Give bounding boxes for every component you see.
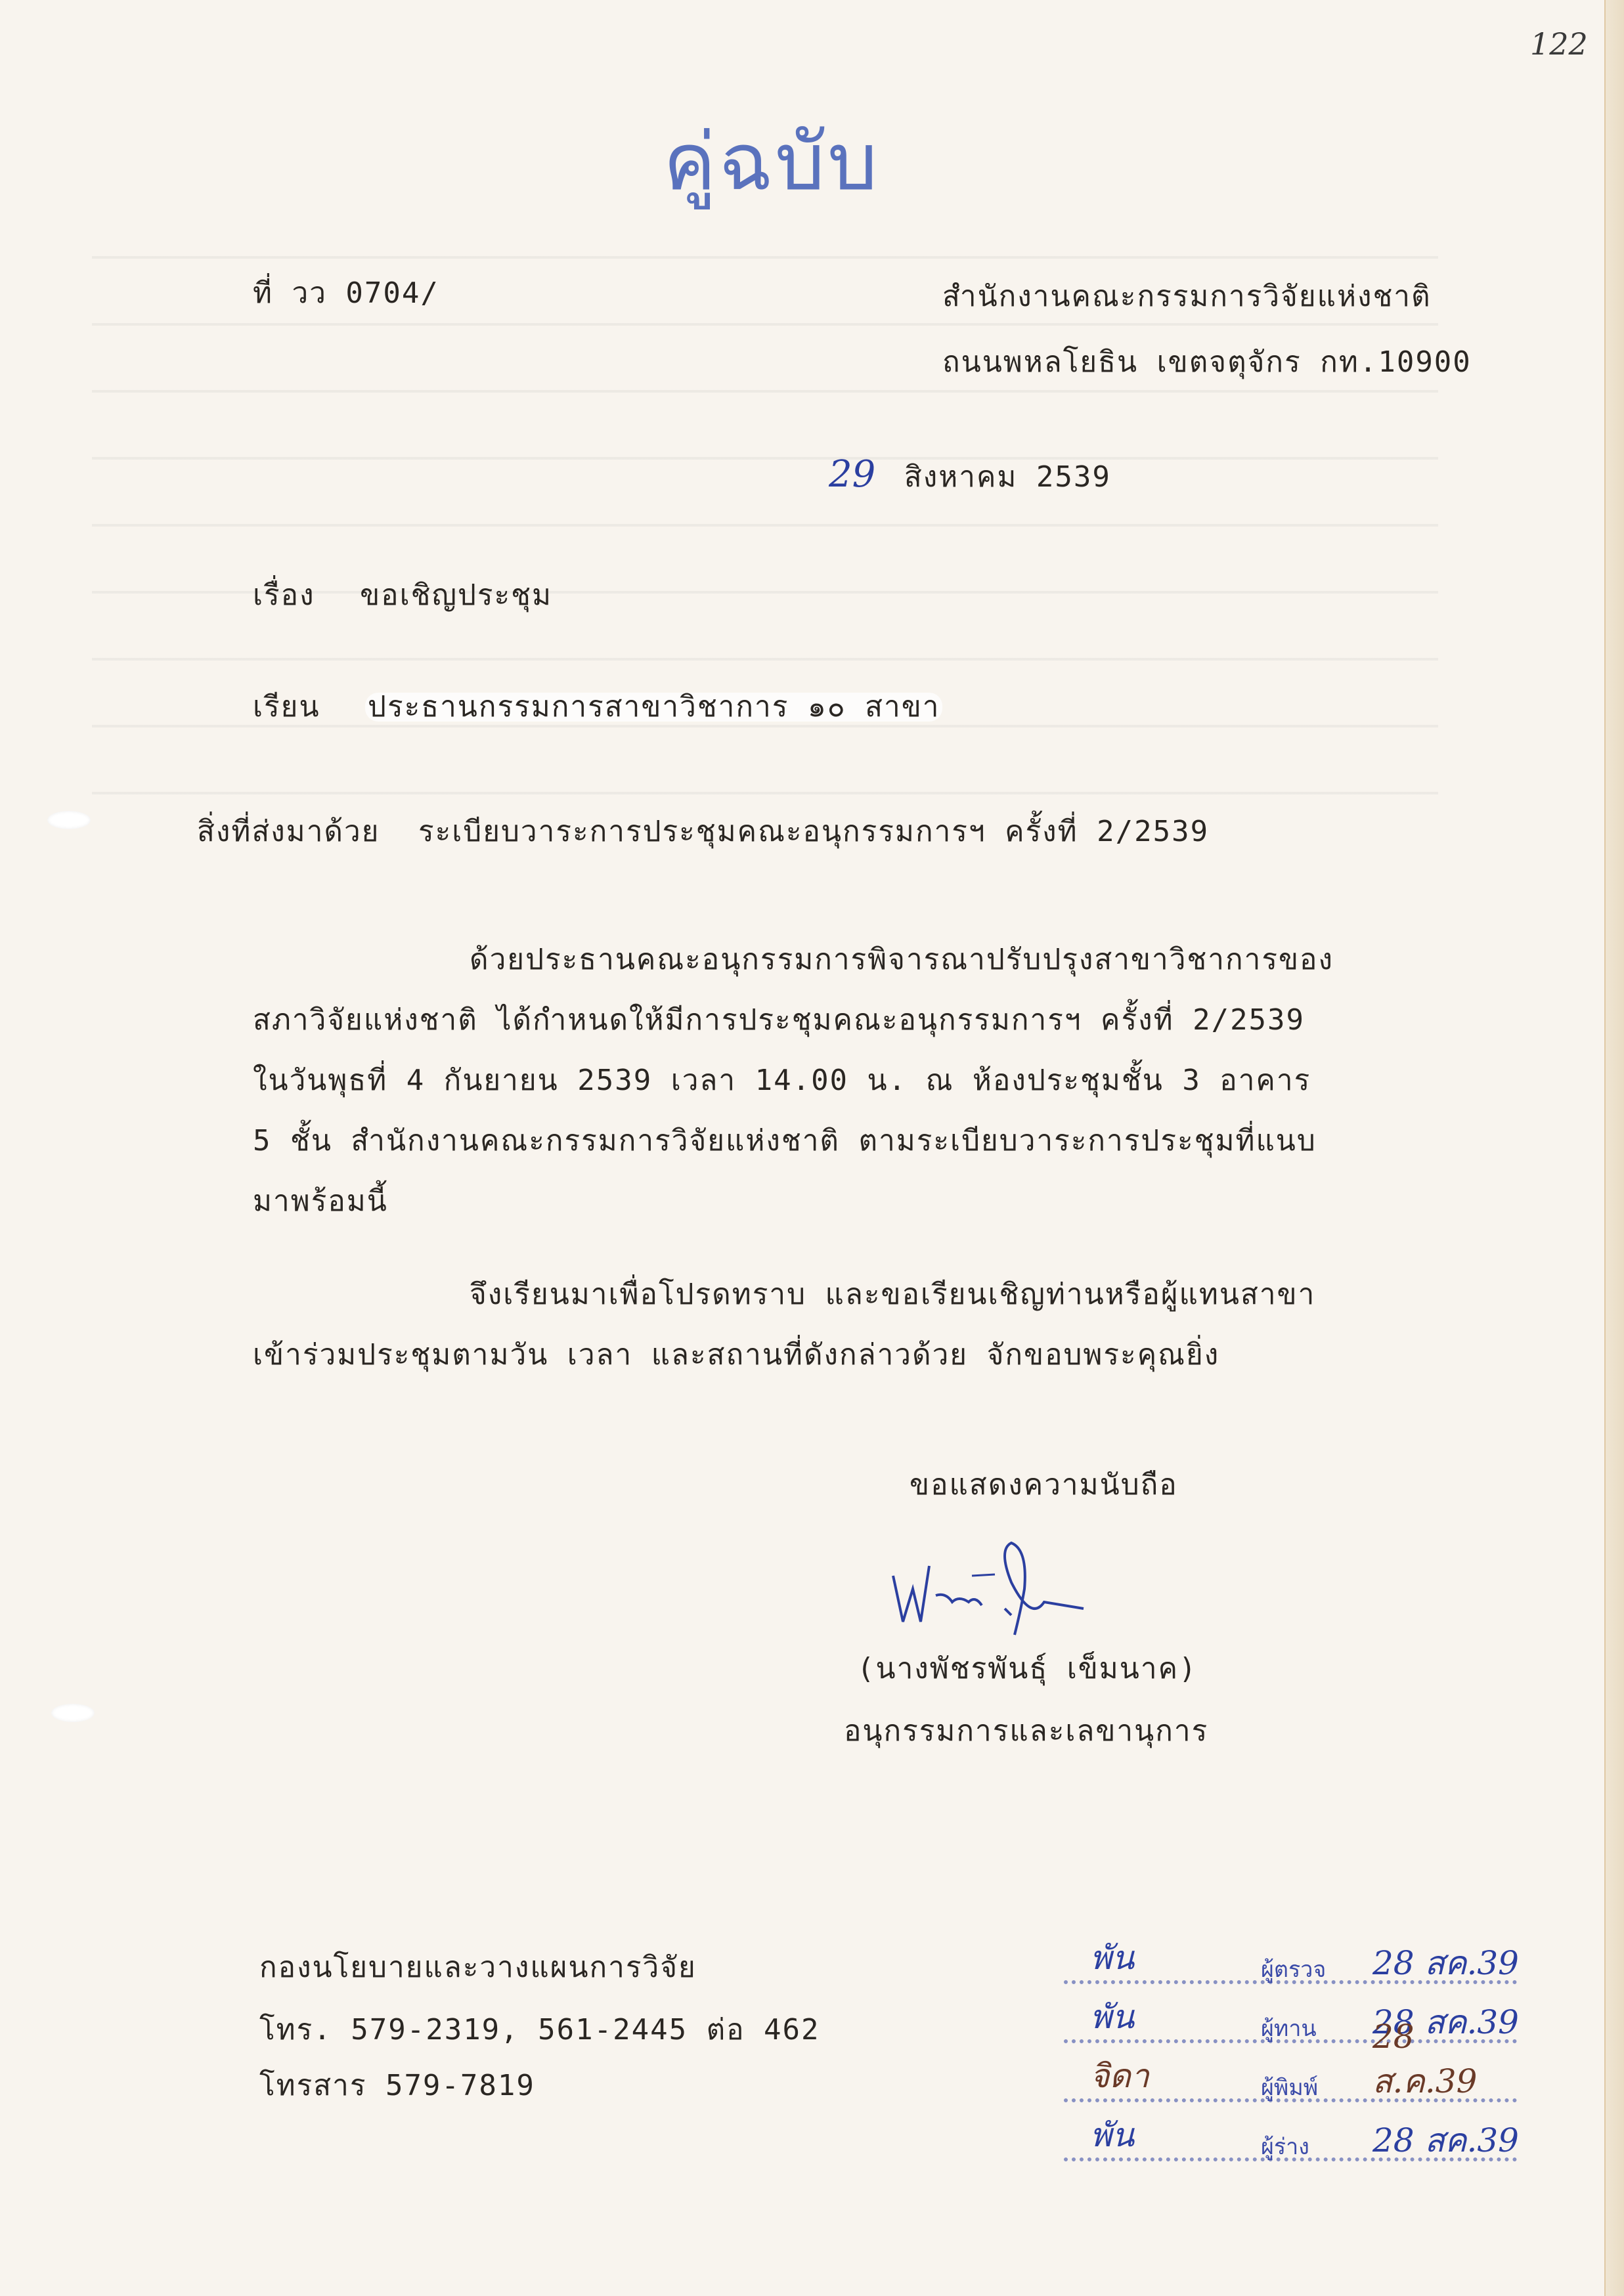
body-line: สภาวิจัยแห่งชาติ ได้กำหนดให้มีการประชุมค…	[253, 996, 1382, 1045]
body-paragraph-1: ด้วยประธานคณะอนุกรรมการพิจารณาปรับปรุงสา…	[253, 936, 1382, 1226]
routing-row: จิดา ผู้พิมพ์ 28 ส.ค.39	[1064, 2055, 1524, 2114]
routing-initials: พัน	[1090, 1991, 1134, 2043]
routing-initials: พัน	[1090, 2110, 1134, 2161]
date-day-handwritten: 29	[829, 453, 875, 496]
addressee-label: เรียน	[253, 690, 320, 724]
body-line: 5 ชั้น สำนักงานคณะกรรมการวิจัยแห่งชาติ ต…	[253, 1117, 1382, 1165]
paper-edge	[1604, 0, 1624, 2296]
routing-date: 28 สค.39	[1372, 2115, 1519, 2167]
subject-line: เรื่อง ขอเชิญประชุม	[253, 581, 552, 610]
letter-date: 29 สิงหาคม 2539	[829, 453, 1111, 496]
sender-address: ถนนพหลโยธิน เขตจตุจักร กท.10900	[942, 348, 1472, 377]
date-month-year: สิงหาคม 2539	[904, 460, 1111, 494]
body-line: ในวันพุธที่ 4 กันยายน 2539 เวลา 14.00 น.…	[253, 1056, 1382, 1105]
routing-row: พัน ผู้ตรวจ 28 สค.39	[1064, 1937, 1524, 1996]
footer-division: กองนโยบายและวางแผนการวิจัย	[259, 1953, 697, 1982]
copy-stamp: คู่ฉบับ	[663, 98, 880, 224]
routing-row: พัน ผู้ร่าง 28 สค.39	[1064, 2114, 1524, 2173]
reference-number: ที่ วว 0704/	[253, 279, 439, 308]
page-number: 122	[1530, 26, 1588, 62]
body-line: ด้วยประธานคณะอนุกรรมการพิจารณาปรับปรุงสา…	[470, 943, 1334, 976]
routing-role: ผู้พิมพ์	[1261, 2069, 1318, 2105]
routing-initials: พัน	[1090, 1932, 1134, 1984]
body-line: มาพร้อมนี้	[253, 1177, 1382, 1226]
footer-fax: โทรสาร 579-7819	[259, 2071, 535, 2100]
subject-value: ขอเชิญประชุม	[360, 578, 552, 612]
body-paragraph-2: จึงเรียนมาเพื่อโปรดทราบ และขอเรียนเชิญท่…	[253, 1270, 1382, 1379]
routing-date: 28 ส.ค.39	[1372, 2018, 1524, 2108]
signatory-title: อนุกรรมการและเลขานุการ	[844, 1717, 1208, 1746]
addressee-line: เรียน ประธานกรรมการสาขาวิชาการ ๑๐ สาขา	[253, 693, 942, 722]
routing-date: 28 สค.39	[1372, 1938, 1519, 1989]
subject-label: เรื่อง	[253, 578, 315, 612]
signatory-name: (นางพัชรพันธุ์ เข็มนาค)	[857, 1655, 1198, 1683]
routing-role: ผู้ร่าง	[1261, 2129, 1309, 2164]
addressee-value: ประธานกรรมการสาขาวิชาการ ๑๐ สาขา	[365, 693, 942, 722]
body-line: เข้าร่วมประชุมตามวัน เวลา และสถานที่ดังก…	[253, 1331, 1382, 1379]
enclosure-value: ระเบียบวาระการประชุมคณะอนุกรรมการฯ ครั้ง…	[418, 815, 1209, 848]
punch-hole-top	[47, 811, 91, 829]
sender-office: สำนักงานคณะกรรมการวิจัยแห่งชาติ	[942, 282, 1432, 311]
footer-phone: โทร. 579-2319, 561-2445 ต่อ 462	[259, 2016, 820, 2045]
body-line: จึงเรียนมาเพื่อโปรดทราบ และขอเรียนเชิญท่…	[470, 1278, 1315, 1311]
handwritten-signature	[880, 1530, 1156, 1648]
routing-initials: จิดา	[1090, 2050, 1149, 2102]
enclosure-label: สิ่งที่ส่งมาด้วย	[197, 815, 380, 848]
closing-salutation: ขอแสดงความนับถือ	[910, 1471, 1178, 1500]
punch-hole-bottom	[51, 1704, 95, 1722]
routing-role: ผู้ตรวจ	[1261, 1951, 1326, 1987]
routing-role: ผู้ทาน	[1261, 2010, 1317, 2046]
enclosure-line: สิ่งที่ส่งมาด้วย ระเบียบวาระการประชุมคณะ…	[197, 817, 1209, 846]
